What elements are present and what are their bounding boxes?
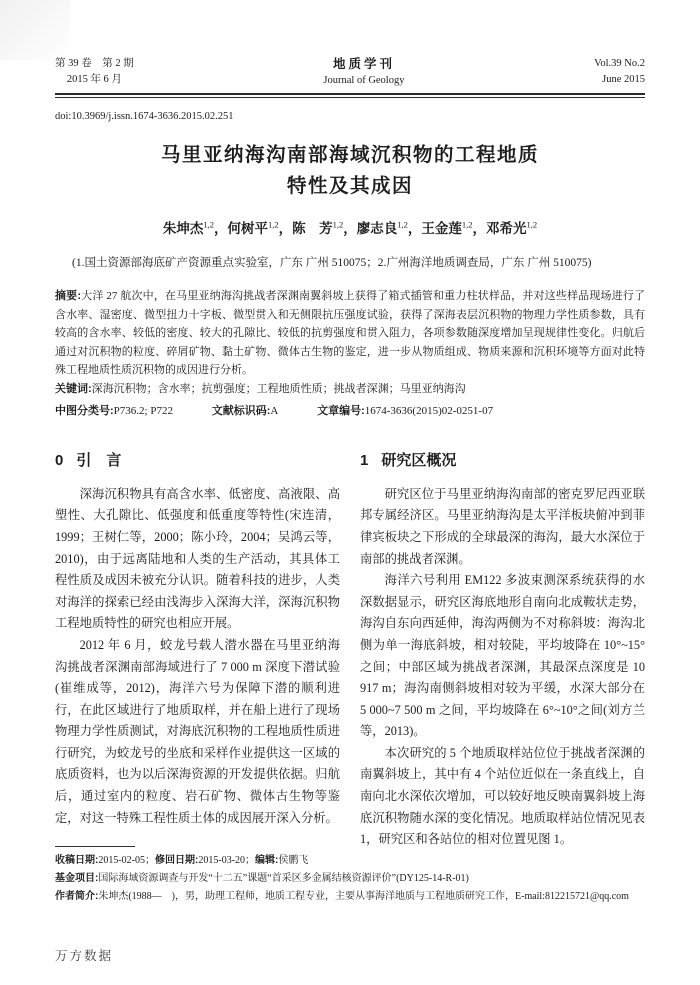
footnote-dates: 收稿日期:2015-02-05；修回日期:2015-03-20；编辑:侯鹏飞 [55, 852, 645, 870]
footnote-area: 收稿日期:2015-02-05；修回日期:2015-03-20；编辑:侯鹏飞 基… [55, 846, 645, 907]
author: 邓希光1,2 [486, 221, 537, 236]
page-content: 第 39 卷 第 2 期 2015 年 6 月 地质学刊 Journal of … [0, 0, 700, 851]
author: 廖志良1,2， [357, 221, 422, 236]
header-volume-issue-cn: 第 39 卷 第 2 期 2015 年 6 月 [55, 56, 134, 88]
left-column: 0引 言 深海沉积物具有高含水率、低密度、高液限、高塑性、大孔隙比、低强度和低重… [55, 442, 340, 851]
journal-name-en: Journal of Geology [323, 73, 404, 89]
author: 王金莲1,2， [421, 221, 486, 236]
volume-issue-en: Vol.39 No.2 [594, 56, 645, 72]
classification-line: 中图分类号:P736.2; P722 文献标识码:A 文章编号:1674-363… [55, 402, 645, 421]
affiliation: (1.国土资源部海底矿产资源重点实验室，广东 广州 510075；2.广州海洋地… [72, 254, 645, 273]
author: 朱坤杰1,2， [163, 221, 228, 236]
volume-issue-cn: 第 39 卷 第 2 期 [55, 56, 134, 72]
abstract: 摘要:大洋 27 航次中，在马里亚纳海沟挑战者深渊南翼斜坡上获得了箱式插管和重力… [55, 287, 645, 380]
author: 何树平1,2， [228, 221, 293, 236]
doi: doi:10.3969/j.issn.1674-3636.2015.02.251 [55, 111, 645, 122]
intro-paragraph-2: 2012 年 6 月，蛟龙号载人潜水器在马里亚纳海沟挑战者深渊南部海域进行了 7… [55, 635, 340, 829]
study-area-paragraph-1: 研究区位于马里亚纳海沟南部的密克罗尼西亚联邦专属经济区。马里亚纳海沟是太平洋板块… [360, 484, 645, 570]
author-list: 朱坤杰1,2，何树平1,2，陈 芳1,2，廖志良1,2，王金莲1,2，邓希光1,… [55, 217, 645, 237]
right-column: 1研究区概况 研究区位于马里亚纳海沟南部的密克罗尼西亚联邦专属经济区。马里亚纳海… [360, 442, 645, 851]
clc-number: 中图分类号:P736.2; P722 [55, 405, 173, 417]
footnote-divider [55, 846, 135, 847]
body-columns: 0引 言 深海沉积物具有高含水率、低密度、高液限、高塑性、大孔隙比、低强度和低重… [55, 442, 645, 851]
date-en: June 2015 [594, 72, 645, 88]
intro-paragraph-1: 深海沉积物具有高含水率、低密度、高液限、高塑性、大孔隙比、低强度和低重度等特性(… [55, 484, 340, 635]
author-affil-sup: 1,2 [203, 220, 214, 230]
journal-name-cn: 地质学刊 [323, 56, 404, 73]
abstract-label: 摘要: [55, 290, 81, 302]
author-affil-sup: 1,2 [268, 220, 279, 230]
header-divider [55, 93, 645, 98]
footnote-funding: 基金项目:国际海域资源调查与开发“十二五”课题“首采区多金属结核资源评价”(DY… [55, 870, 645, 888]
section-heading-study-area: 1研究区概况 [360, 450, 645, 472]
footnote-author-bio: 作者简介:朱坤杰(1988— )，男，助理工程师，地质工程专业，主要从事海洋地质… [55, 888, 645, 906]
document-code: 文献标识码:A [212, 405, 279, 417]
section-heading-intro: 0引 言 [55, 450, 340, 472]
paper-page: 第 39 卷 第 2 期 2015 年 6 月 地质学刊 Journal of … [0, 0, 700, 985]
author-affil-sup: 1,2 [333, 220, 344, 230]
title-line-1: 马里亚纳海沟南部海域沉积物的工程地质 [55, 140, 645, 171]
journal-header: 第 39 卷 第 2 期 2015 年 6 月 地质学刊 Journal of … [55, 56, 645, 89]
date-cn: 2015 年 6 月 [55, 72, 134, 88]
wanfang-watermark: 万方数据 [55, 946, 113, 964]
abstract-text: 大洋 27 航次中，在马里亚纳海沟挑战者深渊南翼斜坡上获得了箱式插管和重力柱状样… [55, 290, 645, 376]
journal-name: 地质学刊 Journal of Geology [323, 56, 404, 89]
study-area-paragraph-3: 本次研究的 5 个地质取样站位位于挑战者深渊的南翼斜坡上，其中有 4 个站位近似… [360, 743, 645, 851]
author-affil-sup: 1,2 [397, 220, 408, 230]
author-affil-sup: 1,2 [527, 220, 538, 230]
article-id: 文章编号:1674-3636(2015)02-0251-07 [317, 405, 493, 417]
title-line-2: 特性及其成因 [55, 171, 645, 202]
study-area-paragraph-2: 海洋六号利用 EM122 多波束测深系统获得的水深数据显示，研究区海底地形自南向… [360, 570, 645, 743]
keywords: 关键词:深海沉积物；含水率；抗剪强度；工程地质性质；挑战者深渊；马里亚纳海沟 [55, 380, 645, 399]
author-affil-sup: 1,2 [462, 220, 473, 230]
keywords-label: 关键词: [55, 383, 92, 395]
keywords-text: 深海沉积物；含水率；抗剪强度；工程地质性质；挑战者深渊；马里亚纳海沟 [92, 383, 466, 395]
paper-title: 马里亚纳海沟南部海域沉积物的工程地质 特性及其成因 [55, 140, 645, 202]
author: 陈 芳1,2， [292, 221, 357, 236]
header-volume-issue-en: Vol.39 No.2 June 2015 [594, 56, 645, 88]
